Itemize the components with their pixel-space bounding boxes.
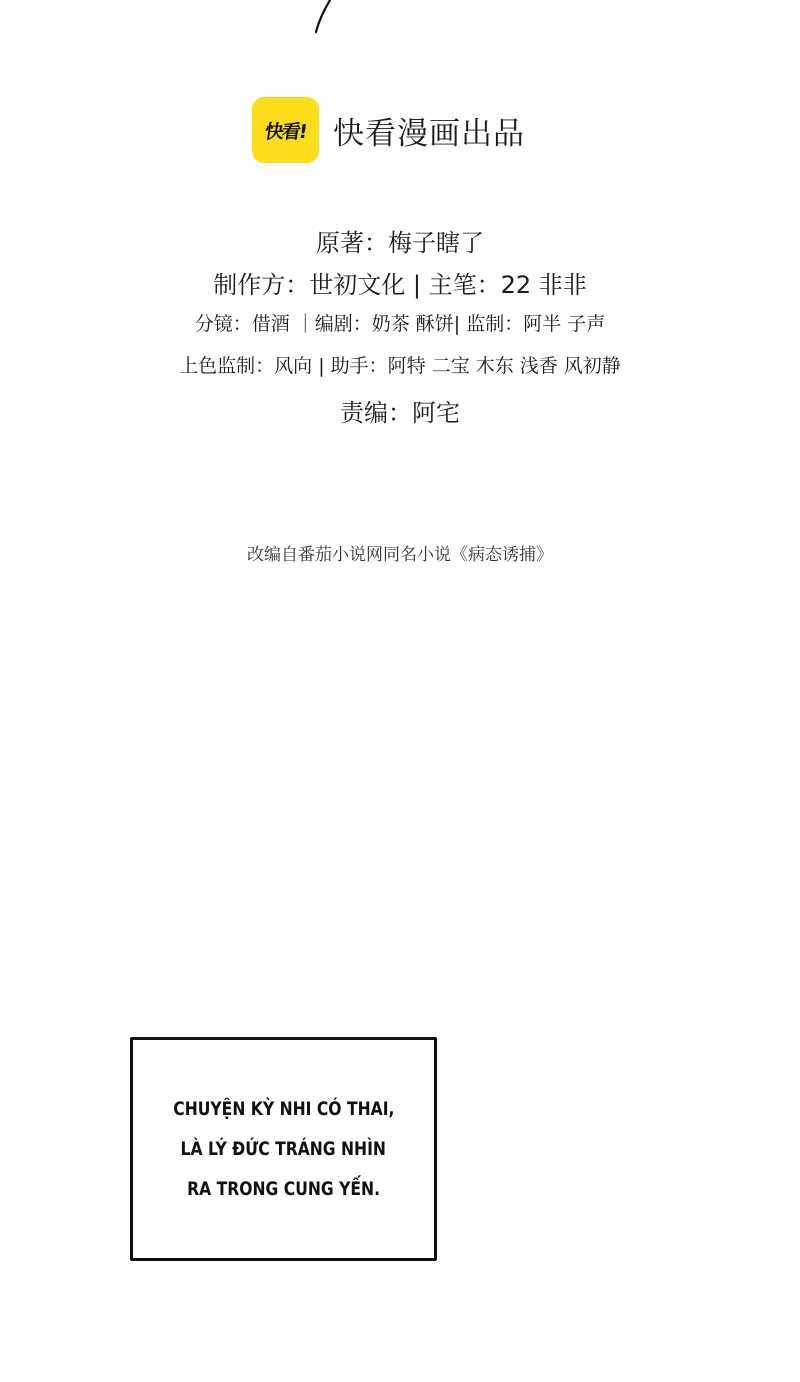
narration-caption-box: CHUYỆN KỲ NHI CÓ THAI, LÀ LÝ ĐỨC TRÁNG N… [130,1037,437,1261]
caption-line: LÀ LÝ ĐỨC TRÁNG NHÌN [181,1129,386,1169]
brand-title: 快看漫画出品 [333,108,525,153]
kuaikan-logo-icon: 快看! [252,97,319,163]
caption-line: RA TRONG CUNG YẾN. [187,1169,380,1209]
credit-storyboard: 分镜：借酒 ｜编剧：奶茶 酥饼| 监制：阿半 子声 [0,309,800,336]
logo-text: 快看! [263,117,307,144]
credit-producer: 制作方：世初文化 | 主笔：22 非非 [0,265,800,300]
ink-stroke-mark [310,0,340,36]
publisher-brand: 快看! 快看漫画出品 [252,97,525,163]
credit-author: 原著：梅子瞎了 [0,223,800,258]
credit-editor: 责编：阿宅 [0,393,800,428]
caption-line: CHUYỆN KỲ NHI CÓ THAI, [173,1089,394,1129]
adapted-from-note: 改编自番茄小说网同名小说《病态诱捕》 [0,540,800,565]
credit-color-assistants: 上色监制：风向 | 助手：阿特 二宝 木东 浅香 风初静 [0,351,800,378]
